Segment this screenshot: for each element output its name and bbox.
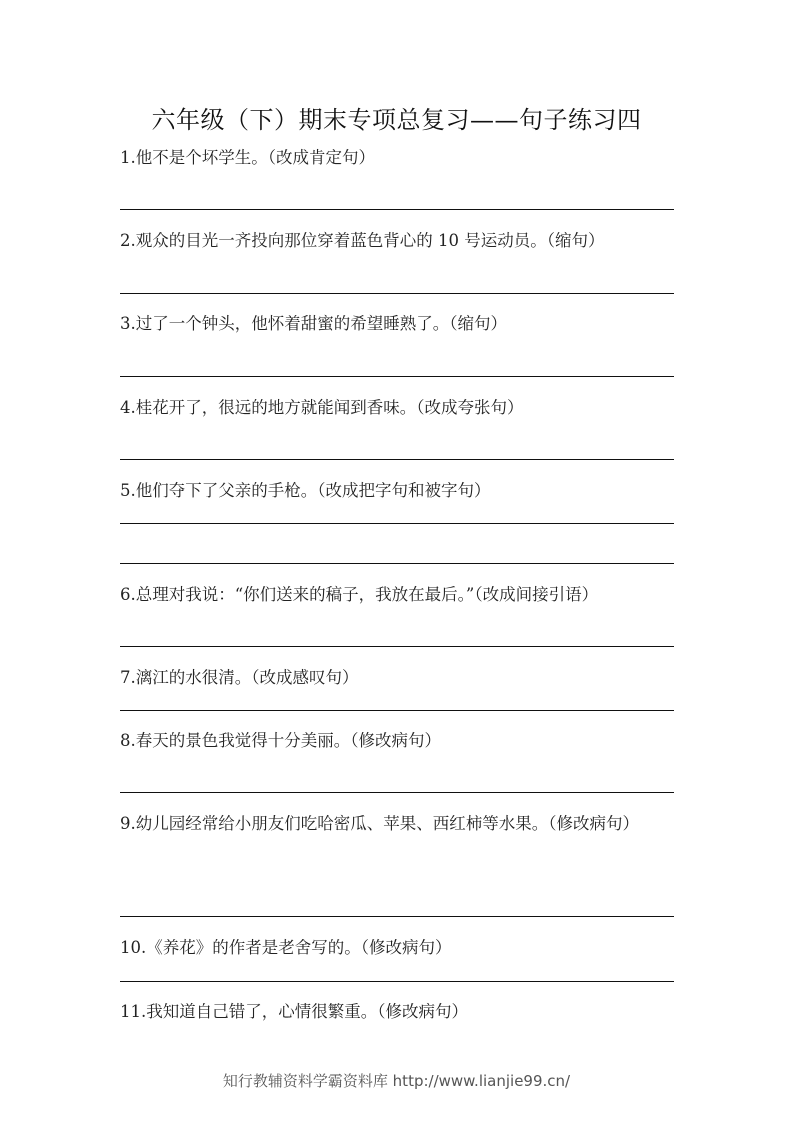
question-10: 10.《养花》的作者是老舍写的。（修改病句） [120,928,680,968]
question-11: 11.我知道自己错了，心情很繁重。（修改病句） [120,992,680,1032]
answer-line-2[interactable] [120,293,674,294]
answer-line-5b[interactable] [120,563,674,564]
footer-watermark: 知行教辅资料学霸资料库 http://www.lianjie99.cn/ [0,1070,793,1091]
answer-line-3[interactable] [120,376,674,377]
question-2: 2.观众的目光一齐投向那位穿着蓝色背心的 10 号运动员。（缩句） [120,221,680,261]
answer-line-10[interactable] [120,981,674,982]
question-7: 7.漓江的水很清。（改成感叹句） [120,658,680,698]
question-4: 4.桂花开了，很远的地方就能闻到香味。（改成夸张句） [120,388,680,428]
answer-line-6[interactable] [120,646,674,647]
answer-line-8[interactable] [120,792,674,793]
answer-line-5a[interactable] [120,523,674,524]
question-1: 1.他不是个坏学生。（改成肯定句） [120,138,680,178]
question-9: 9.幼儿园经常给小朋友们吃哈密瓜、苹果、西红柿等水果。（修改病句） [120,804,680,844]
question-5: 5.他们夺下了父亲的手枪。（改成把字句和被字句） [120,471,680,511]
answer-line-9[interactable] [120,916,674,917]
answer-line-1[interactable] [120,209,674,210]
answer-line-7[interactable] [120,710,674,711]
question-6: 6.总理对我说：“你们送来的稿子，我放在最后。”（改成间接引语） [120,575,680,615]
answer-line-4[interactable] [120,459,674,460]
question-8: 8.春天的景色我觉得十分美丽。（修改病句） [120,721,680,761]
question-3: 3.过了一个钟头，他怀着甜蜜的希望睡熟了。（缩句） [120,304,680,344]
page-title: 六年级（下）期末专项总复习——句子练习四 [0,100,793,135]
